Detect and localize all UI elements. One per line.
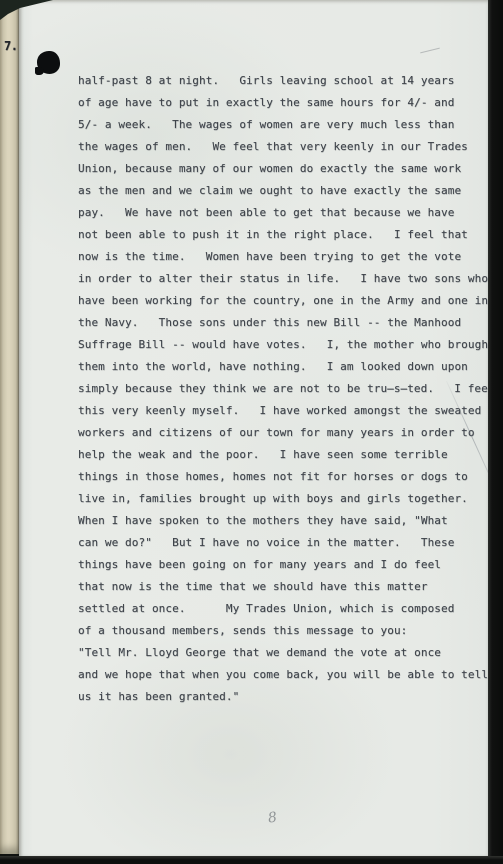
document-line: live in, families brought up with boys a…	[78, 488, 493, 510]
document-line: this very keenly myself. I have worked a…	[78, 400, 493, 422]
document-line: the wages of men. We feel that very keen…	[78, 136, 493, 158]
book-binding-edge	[0, 6, 19, 854]
ink-blot	[37, 51, 60, 74]
document-line: "Tell Mr. Lloyd George that we demand th…	[78, 642, 493, 664]
scan-edge-bottom	[0, 856, 503, 864]
page-number-bottom: 8	[267, 809, 278, 826]
document-line: that now is the time that we should have…	[78, 576, 493, 598]
document-line: pay. We have not been able to get that b…	[78, 202, 493, 224]
document-line: of a thousand members, sends this messag…	[78, 620, 493, 642]
document-line: things have been going on for many years…	[78, 554, 493, 576]
document-line: as the men and we claim we ought to have…	[78, 180, 493, 202]
document-line: them into the world, have nothing. I am …	[78, 356, 493, 378]
document-line: the Navy. Those sons under this new Bill…	[78, 312, 493, 334]
document-line: When I have spoken to the mothers they h…	[78, 510, 493, 532]
document-line: workers and citizens of our town for man…	[78, 422, 493, 444]
scan-edge-right	[488, 0, 503, 864]
document-line: can we do?" But I have no voice in the m…	[78, 532, 493, 554]
document-line: have been working for the country, one i…	[78, 290, 493, 312]
document-line: in order to alter their status in life. …	[78, 268, 493, 290]
document-line: not been able to push it in the right pl…	[78, 224, 493, 246]
document-line: and we hope that when you come back, you…	[78, 664, 493, 686]
document-line: of age have to put in exactly the same h…	[78, 92, 493, 114]
page-number-top: 7.	[4, 39, 17, 53]
document-line: Union, because many of our women do exac…	[78, 158, 493, 180]
document-line: help the weak and the poor. I have seen …	[78, 444, 493, 466]
document-line: simply because they think we are not to …	[78, 378, 493, 400]
document-line: Suffrage Bill -- would have votes. I, th…	[78, 334, 493, 356]
document-line: settled at once. My Trades Union, which …	[78, 598, 493, 620]
document-line: 5/- a week. The wages of women are very …	[78, 114, 493, 136]
document-line: us it has been granted."	[78, 686, 493, 708]
document-line: now is the time. Women have been trying …	[78, 246, 493, 268]
typewritten-text-block: half-past 8 at night. Girls leaving scho…	[78, 70, 493, 708]
scanned-document-page: 7. half-past 8 at night. Girls leaving s…	[0, 0, 503, 864]
document-line: things in those homes, homes not fit for…	[78, 466, 493, 488]
document-line: half-past 8 at night. Girls leaving scho…	[78, 70, 493, 92]
